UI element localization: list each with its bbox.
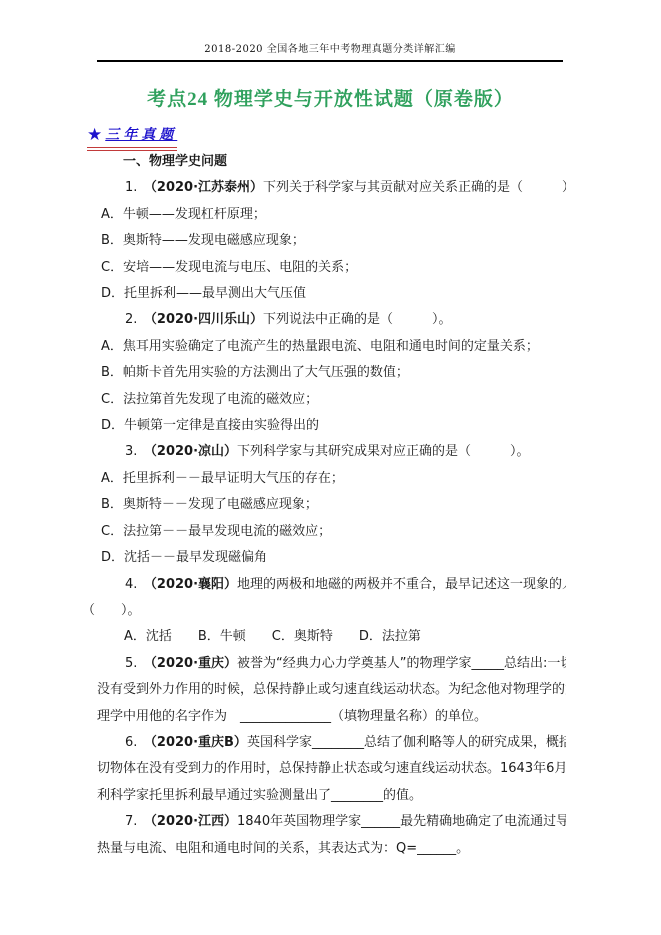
option-line: A．牛顿——发现杠杆原理； [82, 202, 566, 228]
question-stem: 1. （2020·江苏泰州）下列关于科学家与其贡献对应关系正确的是（ ）。 [82, 175, 566, 201]
question-text: 被誉为“经典力心力学奠基人”的物理学家_____总结出:一切物体在 [237, 656, 566, 671]
section-banner: ★三年真题 [87, 124, 177, 151]
option-line: B．奥斯特－－发现了电磁感应现象； [82, 492, 566, 518]
question-continuation: 切物体在没有受到力的作用时，总保持静止状态或匀速直线运动状态。1643年6月，意… [82, 756, 566, 782]
option-line: A．托里拆利－－最早证明大气压的存在； [82, 466, 566, 492]
question-source-tag: （2020·四川乐山） [150, 312, 263, 327]
question-number: 5. [125, 656, 150, 671]
question-text: 1840年英国物理学家______最先精确地确定了电流通过导体产生的 [237, 814, 566, 829]
page-header: 2018-2020 全国各地三年中考物理真题分类详解汇编 [97, 40, 563, 55]
question-stem: 6. （2020·重庆B）英国科学家________总结了伽利略等人的研究成果，… [82, 730, 566, 756]
section-banner-label: 三年真题 [105, 127, 177, 143]
question-source-tag: （2020·重庆） [150, 656, 237, 671]
question-source-tag: （2020·凉山） [150, 444, 237, 459]
question-continuation: 没有受到外力作用的时候，总保持静止或匀速直线运动状态。为纪念他对物理学的贡献，物 [82, 677, 566, 703]
option-line: D．牛顿第一定律是直接由实验得出的 [82, 413, 566, 439]
question-continuation: 利科学家托里拆利最早通过实验测量出了________的值。 [82, 783, 566, 809]
question-source-tag: （2020·重庆B） [150, 735, 247, 750]
question-list: 一、物理学史问题1. （2020·江苏泰州）下列关于科学家与其贡献对应关系正确的… [82, 149, 566, 862]
option-line: B．奥斯特——发现电磁感应现象； [82, 228, 566, 254]
question-number: 2. [125, 312, 150, 327]
option-line: B．帕斯卡首先用实验的方法测出了大气压强的数值； [82, 360, 566, 386]
question-stem: 2. （2020·四川乐山）下列说法中正确的是（ ）。 [82, 307, 566, 333]
question-continuation: （ ）。 [82, 598, 566, 624]
question-source-tag: （2020·襄阳） [150, 577, 237, 592]
question-number: 6. [125, 735, 150, 750]
section-heading: 一、物理学史问题 [82, 149, 566, 175]
question-text: 下列关于科学家与其贡献对应关系正确的是（ ）。 [263, 180, 566, 195]
option-line: D．托里拆利——最早测出大气压值 [82, 281, 566, 307]
star-icon: ★ [87, 125, 102, 145]
question-continuation: 理学中用他的名字作为 ______________（填物理量名称）的单位。 [82, 704, 566, 730]
option-line: C．法拉第－－最早发现电流的磁效应； [82, 519, 566, 545]
question-stem: 7. （2020·江西）1840年英国物理学家______最先精确地确定了电流通… [82, 809, 566, 835]
question-number: 1. [125, 180, 150, 195]
option-line: C．法拉第首先发现了电流的磁效应； [82, 387, 566, 413]
question-stem: 4. （2020·襄阳）地理的两极和地磁的两极并不重合，最早记述这一现象的人是 [82, 572, 566, 598]
question-text: 下列说法中正确的是（ ）。 [263, 312, 452, 327]
option-line: D．沈括－－最早发现磁偏角 [82, 545, 566, 571]
document-page: 2018-2020 全国各地三年中考物理真题分类详解汇编 考点24 物理学史与开… [0, 0, 661, 935]
question-text: 下列科学家与其研究成果对应正确的是（ ）。 [237, 444, 530, 459]
option-line: A．沈括 B．牛顿 C．奥斯特 D．法拉第 [82, 624, 566, 650]
question-text: 地理的两极和地磁的两极并不重合，最早记述这一现象的人是 [237, 577, 566, 592]
question-number: 4. [125, 577, 150, 592]
question-continuation: 热量与电流、电阻和通电时间的关系，其表达式为：Q=______。 [82, 836, 566, 862]
question-number: 3. [125, 444, 150, 459]
question-text: 英国科学家________总结了伽利略等人的研究成果，概括得出：一 [247, 735, 566, 750]
page-title: 考点24 物理学史与开放性试题（原卷版） [0, 84, 661, 111]
question-stem: 5. （2020·重庆）被誉为“经典力心力学奠基人”的物理学家_____总结出:… [82, 651, 566, 677]
option-line: C．安培——发现电流与电压、电阻的关系； [82, 255, 566, 281]
question-source-tag: （2020·江苏泰州） [150, 180, 263, 195]
option-line: A．焦耳用实验确定了电流产生的热量跟电流、电阻和通电时间的定量关系； [82, 334, 566, 360]
question-number: 7. [125, 814, 150, 829]
question-source-tag: （2020·江西） [150, 814, 237, 829]
question-stem: 3. （2020·凉山）下列科学家与其研究成果对应正确的是（ ）。 [82, 439, 566, 465]
header-divider [97, 60, 563, 62]
